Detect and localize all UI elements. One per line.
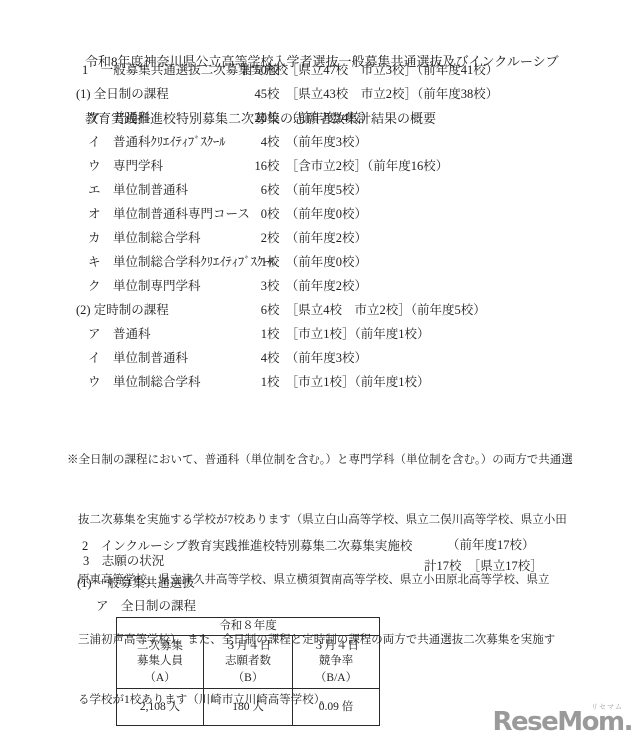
resemom-logo-ruby: リセマム: [591, 704, 623, 711]
stat-row-value: 6校 ［県立4校 市立2校］（前年度5校）: [218, 298, 486, 322]
section3-subheading: (1) 一般募集共通選抜: [77, 573, 195, 593]
stat-row-value: 1校 ［市立1校］（前年度1校）: [218, 370, 430, 394]
resemom-logo-text: ReseMom.: [493, 707, 632, 737]
stat-row-value: 45校 ［県立43校 市立2校］（前年度38校）: [218, 82, 498, 106]
section1-list: 1 一般募集共通選抜二次募集実施校 計50校 ［県立47校 市立3校］（前年度4…: [0, 58, 640, 394]
stat-row: イ 普通科ｸﾘｴｲﾃｨﾌﾞｽｸｰﾙ 4校 （前年度3校）: [0, 130, 640, 154]
stat-row: ア 普通科 20校 （前年度14校）: [0, 106, 640, 130]
section3-heading: 3 志願の状況: [83, 551, 164, 571]
stat-row: オ 単位制普通科専門コース 0校 （前年度0校）: [0, 202, 640, 226]
stat-row-value: 計50校 ［県立47校 市立3校］（前年度41校）: [218, 58, 498, 82]
resemom-logo: リセマム ReseMom.: [493, 707, 632, 737]
section2-value: 計17校 ［県立17校］: [424, 556, 543, 576]
stat-row-fulltime: (1) 全日制の課程 45校 ［県立43校 市立2校］（前年度38校）: [0, 82, 640, 106]
stat-row-value: 1校 （前年度0校）: [218, 250, 367, 274]
stat-row-value: 1校 ［市立1校］（前年度1校）: [218, 322, 430, 346]
stat-row: ウ 単位制総合学科 1校 ［市立1校］（前年度1校）: [0, 370, 640, 394]
applicant-table: 令和８年度 二次募集 募集人員 （A） ３月４日 志願者数 （B） ３月４日 競…: [116, 617, 380, 726]
stat-row-label: ウ 専門学科: [88, 154, 163, 178]
stat-row-label: (2) 定時制の課程: [76, 298, 169, 322]
stat-row: カ 単位制総合学科 2校 （前年度2校）: [0, 226, 640, 250]
document-page: { "title": { "line1": "令和8年度神奈川県公立高等学校入学…: [0, 0, 640, 742]
stat-row-total: 1 一般募集共通選抜二次募集実施校 計50校 ［県立47校 市立3校］（前年度4…: [0, 58, 640, 82]
stat-row-label: ウ 単位制総合学科: [88, 370, 201, 394]
table-cell-recruit: 2,108 人: [117, 689, 204, 726]
stat-row-value: 0校 （前年度0校）: [218, 202, 367, 226]
stat-row-value: 4校 （前年度3校）: [218, 130, 367, 154]
footnote-line: ※全日制の課程において、普通科（単位制を含む。）と専門学科（単位制を含む。）の両…: [67, 450, 592, 470]
table-header-ratio: ３月４日 競争率 （B/A）: [293, 636, 380, 689]
table-header-applicants: ３月４日 志願者数 （B）: [204, 636, 293, 689]
stat-row-label: イ 単位制普通科: [88, 346, 188, 370]
stat-row-label: イ 普通科ｸﾘｴｲﾃｨﾌﾞｽｸｰﾙ: [88, 130, 226, 154]
stat-row-value: 20校 （前年度14校）: [218, 106, 373, 130]
stat-row-value: 3校 （前年度2校）: [218, 274, 367, 298]
table-caption: 令和８年度: [117, 618, 380, 636]
stat-row-label: ア 普通科: [88, 322, 151, 346]
stat-row: ク 単位制専門学科 3校 （前年度2校）: [0, 274, 640, 298]
section2-row: 2 インクルーシブ教育実践推進校特別募集二次募集実施校 計17校 ［県立17校］: [0, 516, 640, 536]
stat-row-value: 4校 （前年度3校）: [218, 346, 367, 370]
stat-row: ア 普通科 1校 ［市立1校］（前年度1校）: [0, 322, 640, 346]
stat-row: キ 単位制総合学科ｸﾘｴｲﾃｨﾌﾞｽｸｰﾙ 1校 （前年度0校）: [0, 250, 640, 274]
stat-row: エ 単位制普通科 6校 （前年度5校）: [0, 178, 640, 202]
stat-row-value: 16校 ［含市立2校］（前年度16校）: [218, 154, 448, 178]
section2-prev-year: （前年度17校）: [447, 535, 535, 555]
stat-row: イ 単位制普通科 4校 （前年度3校）: [0, 346, 640, 370]
stat-row-label: ク 単位制専門学科: [88, 274, 201, 298]
stat-row-label: (1) 全日制の課程: [76, 82, 169, 106]
stat-row: ウ 専門学科 16校 ［含市立2校］（前年度16校）: [0, 154, 640, 178]
stat-row-label: カ 単位制総合学科: [88, 226, 201, 250]
section3-subsubheading: ア 全日制の課程: [96, 596, 196, 616]
stat-row-parttime: (2) 定時制の課程 6校 ［県立4校 市立2校］（前年度5校）: [0, 298, 640, 322]
stat-row-value: 2校 （前年度2校）: [218, 226, 367, 250]
table-cell-ratio: 0.09 倍: [293, 689, 380, 726]
stat-row-label: エ 単位制普通科: [88, 178, 188, 202]
table-row: 2,108 人 180 人 0.09 倍: [117, 689, 380, 726]
table-cell-applicants: 180 人: [204, 689, 293, 726]
stat-row-label: ア 普通科: [88, 106, 151, 130]
stat-row-value: 6校 （前年度5校）: [218, 178, 367, 202]
table-header-recruit: 二次募集 募集人員 （A）: [117, 636, 204, 689]
